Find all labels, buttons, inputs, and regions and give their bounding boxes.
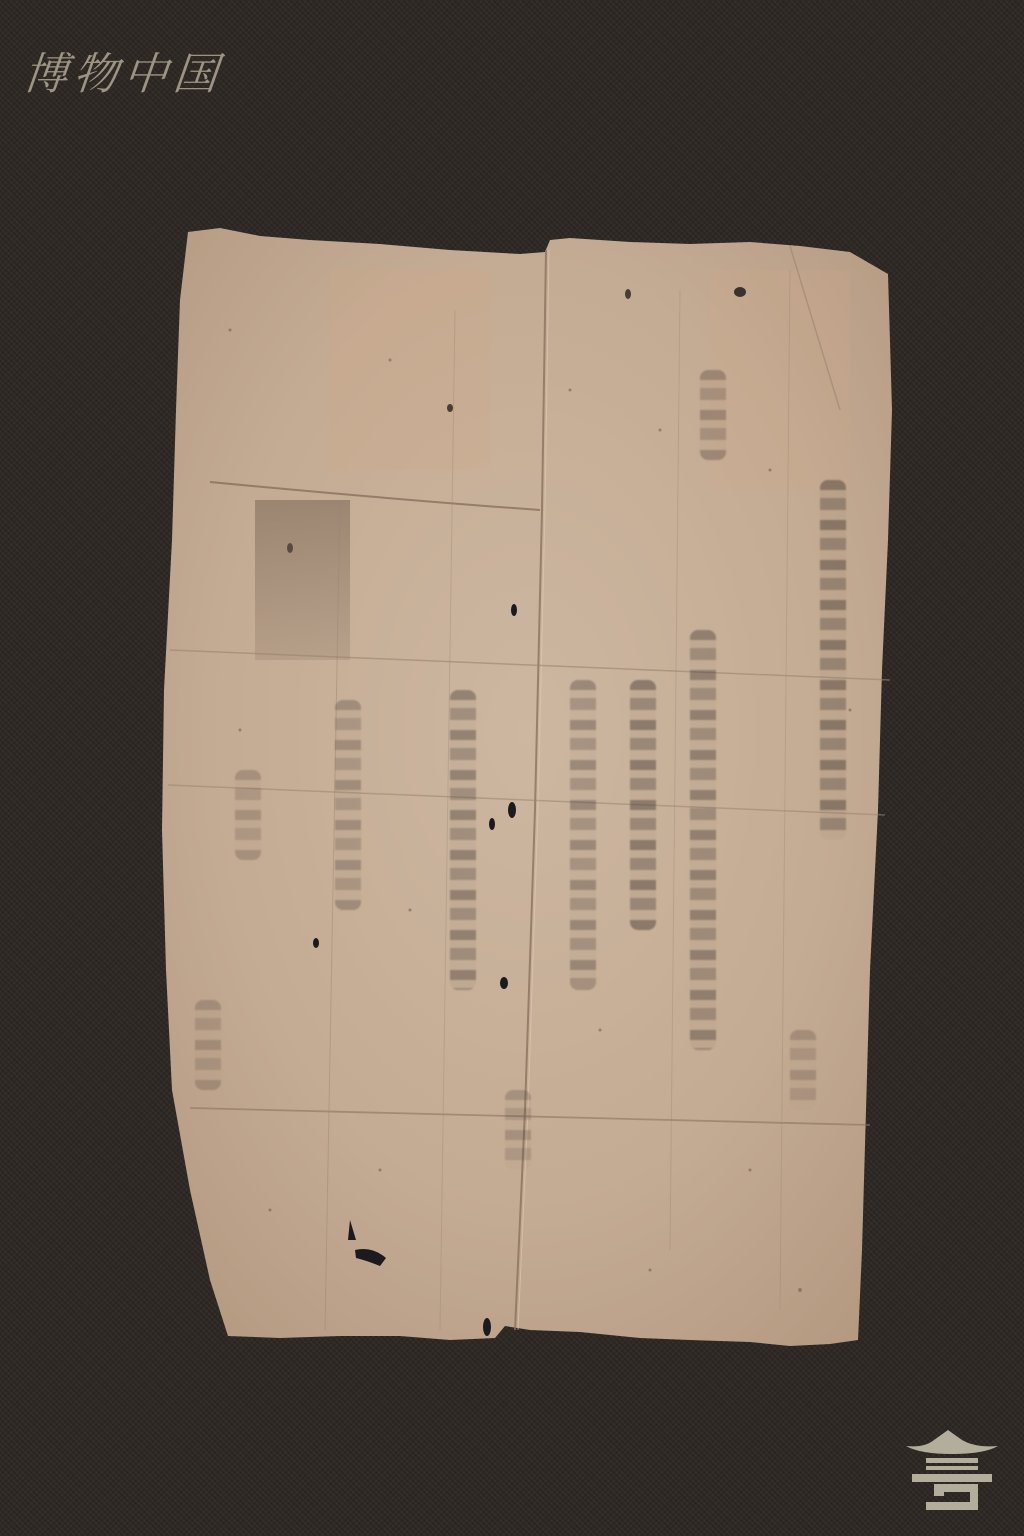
museum-pavilion-logo-icon — [904, 1428, 1000, 1512]
watermark-text: 博物中国 — [21, 38, 228, 102]
artifact-paper — [150, 210, 900, 1380]
paper-sheet — [150, 210, 900, 1380]
